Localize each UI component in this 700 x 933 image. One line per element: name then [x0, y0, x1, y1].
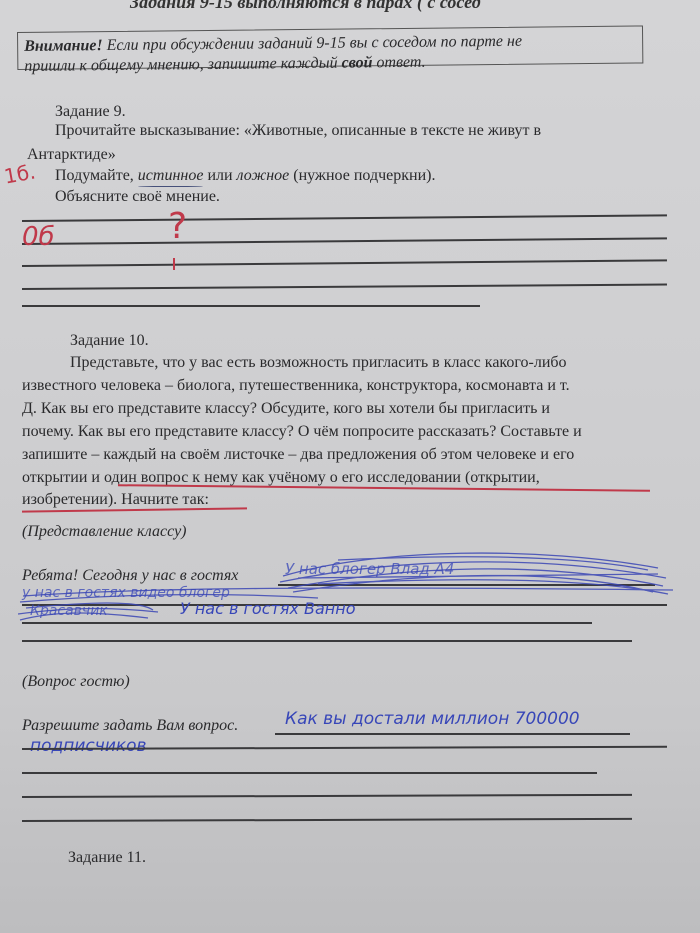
answer-line[interactable]	[275, 733, 630, 735]
question-label: (Вопрос гостю)	[22, 673, 130, 691]
think-suffix: (нужное подчеркни).	[289, 167, 435, 184]
handwritten-question: подписчиков	[30, 736, 147, 756]
grade-mark: 1б.	[2, 159, 37, 188]
task10-line: Представьте, что у вас есть возможность …	[70, 354, 567, 372]
task10-line: известного человека – биолога, путешеств…	[22, 377, 570, 395]
notice-box: Внимание! Если при обсуждении заданий 9-…	[17, 25, 643, 70]
notice-text-1: Если при обсуждении заданий 9-15 вы с со…	[103, 33, 522, 54]
task10-line: запишите – каждый на своём листочке – дв…	[22, 446, 574, 464]
task9-line2: Антарктиде»	[27, 146, 116, 164]
task9-think: Подумайте, истинное или ложное (нужное п…	[55, 167, 435, 185]
task9-line1: Прочитайте высказывание: «Животные, опис…	[55, 122, 541, 140]
notice-text-3: ответ.	[372, 54, 425, 72]
task9-explain: Объясните своё мнение.	[55, 188, 220, 206]
answer-line[interactable]	[22, 237, 667, 244]
or-text: или	[203, 167, 236, 184]
answer-line[interactable]	[22, 640, 632, 642]
task9-title: Задание 9.	[55, 103, 126, 121]
task11-title: Задание 11.	[68, 849, 146, 867]
task10-line: изобретении). Начните так:	[22, 491, 209, 509]
option-false[interactable]: ложное	[237, 167, 290, 184]
handwritten-intro: У нас в гостях Ванно	[180, 599, 355, 618]
handwritten-question: Как вы достали миллион 700000	[285, 709, 580, 729]
answer-line[interactable]	[22, 259, 667, 266]
task10-title: Задание 10.	[70, 332, 149, 350]
red-tick	[173, 258, 175, 270]
notice-bold-prefix: Внимание!	[24, 37, 103, 55]
answer-line[interactable]	[22, 305, 480, 307]
answer-line[interactable]	[22, 772, 597, 774]
notice-bold-word: свой	[341, 54, 372, 71]
page-header: Задания 9-15 выполняются в парах ( с сос…	[130, 0, 481, 13]
question-prompt: Разрешите задать Вам вопрос.	[22, 717, 238, 735]
answer-line[interactable]	[22, 214, 667, 221]
notice-text-2: пришли к общему мнению, запишите каждый	[24, 55, 341, 75]
handwritten-question-mark: ?	[168, 206, 187, 247]
answer-line[interactable]	[22, 818, 632, 822]
answer-line[interactable]	[22, 283, 667, 289]
intro-label: (Представление классу)	[22, 523, 187, 541]
option-true[interactable]: истинное	[138, 167, 204, 184]
answer-line[interactable]	[22, 794, 632, 798]
task10-line: открытии и один вопрос к нему как учёном…	[22, 469, 540, 487]
think-prefix: Подумайте,	[55, 167, 138, 184]
handwritten-score: 0б	[22, 222, 55, 252]
task10-line: Д. Как вы его представите классу? Обсуди…	[22, 400, 550, 418]
task10-line: почему. Как вы его представите классу? О…	[22, 423, 582, 441]
